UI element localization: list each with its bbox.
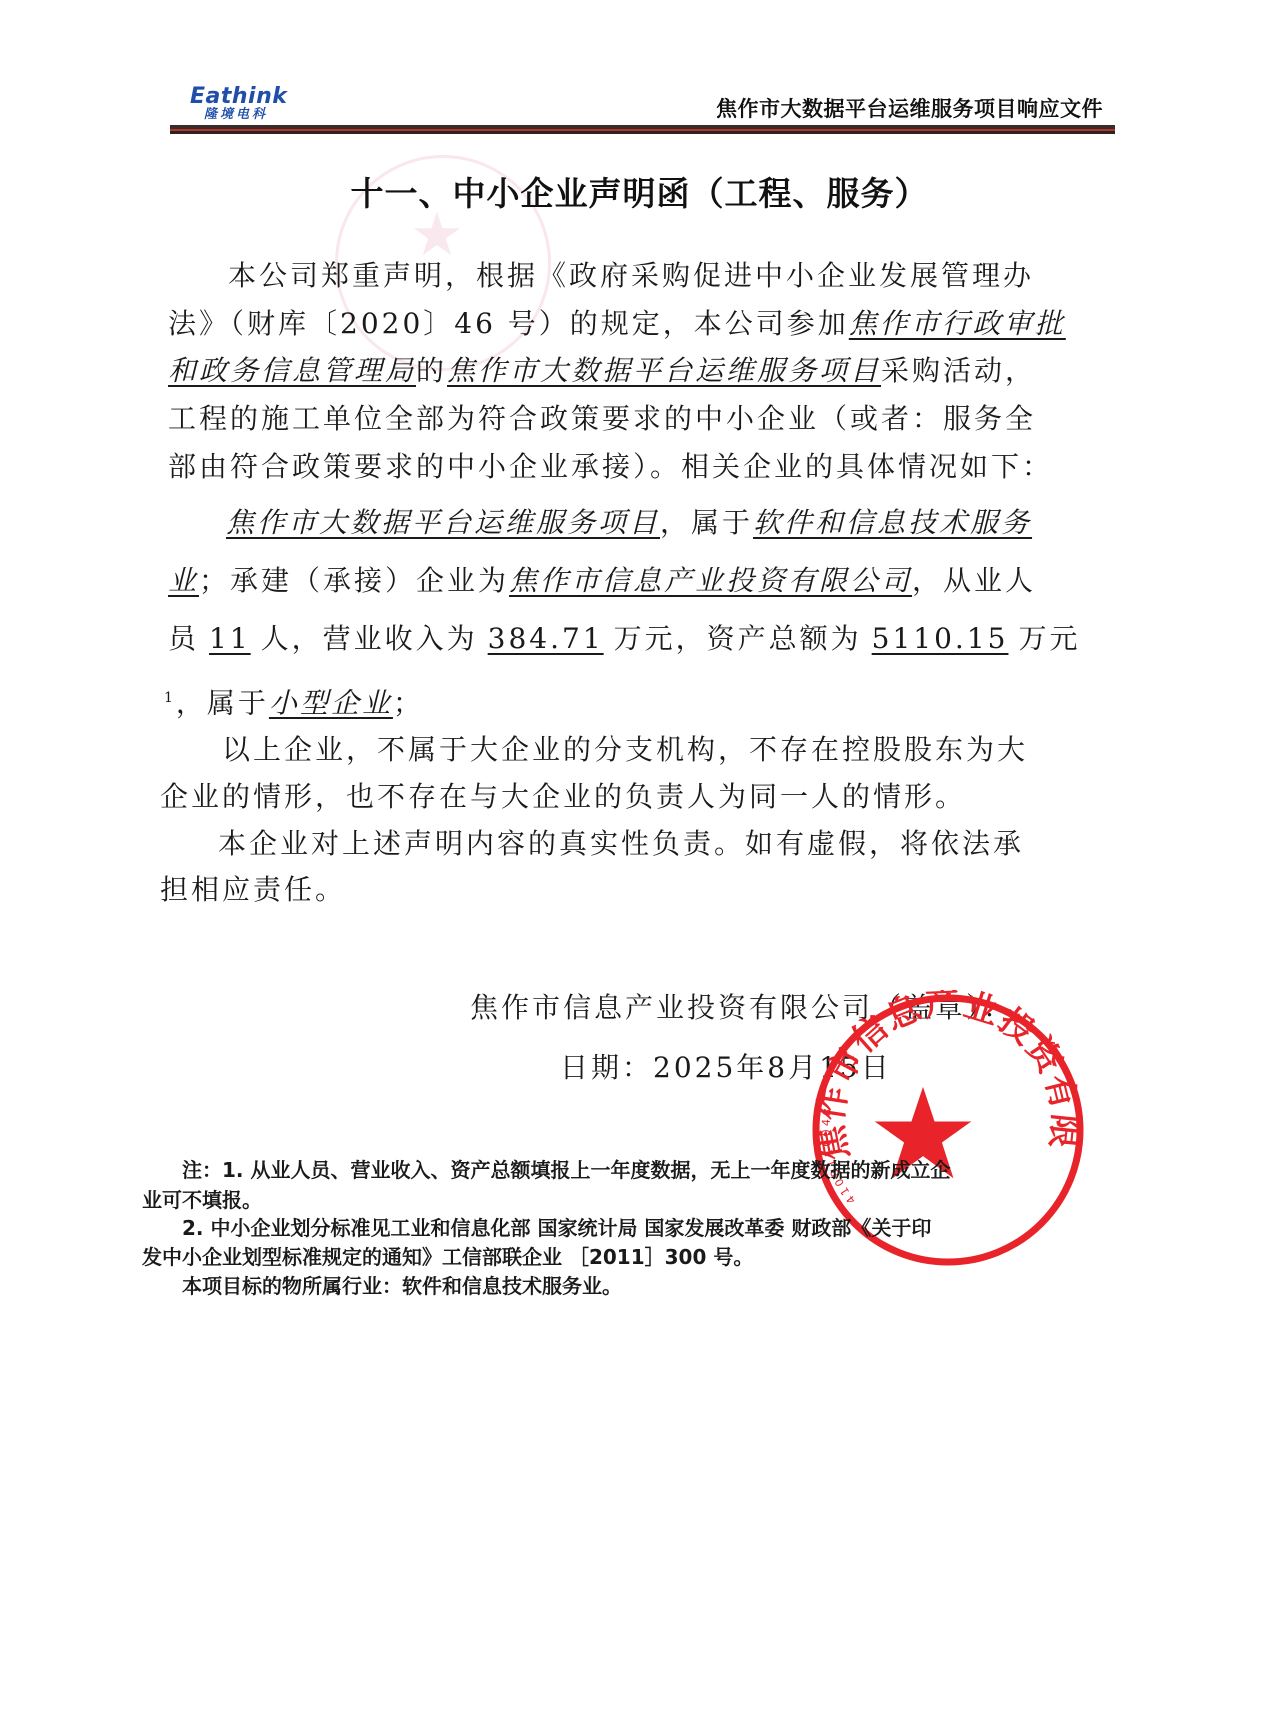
note1-line1: 注：1. 从业人员、营业收入、资产总额填报上一年度数据，无上一年度数据的新成立企 [182, 1157, 950, 1183]
text: 人，营业收入为 [261, 622, 478, 655]
note3: 本项目标的物所属行业：软件和信息技术服务业。 [182, 1273, 622, 1299]
paragraph1-line1: 本公司郑重声明，根据《政府采购促进中小企业发展管理办 [228, 258, 1034, 294]
logo-chinese: 隆境电科 [204, 108, 268, 122]
text: ，属于 [176, 686, 269, 719]
note2-line2: 发中小企业划型标准规定的通知》工信部联企业 ［2011］300 号。 [142, 1244, 753, 1270]
text: 法》（财库〔2020〕46 号）的规定，本公司参加 [168, 307, 849, 340]
contractor-company: 焦作市信息产业投资有限公司 [509, 564, 912, 597]
project-name: 焦作市大数据平台运维服务项目 [447, 354, 881, 387]
date-label: 日期： [560, 1051, 653, 1084]
text: ，从业人 [912, 564, 1036, 597]
text: ，属于 [660, 506, 753, 539]
enterprise-line3: 员11人，营业收入为384.71万元，资产总额为5110.15万元 [168, 621, 1080, 657]
logo-english: Eathink [190, 86, 287, 108]
revenue-value: 384.71 [478, 622, 614, 655]
paragraph3-line1: 本企业对上述声明内容的真实性负责。如有虚假，将依法承 [218, 826, 1024, 862]
company-logo: Eathink 隆境电科 [190, 86, 320, 130]
purchaser-name-part2: 和政务信息管理局 [168, 354, 416, 387]
text: 的 [416, 354, 447, 387]
industry-name: 软件和信息技术服务 [753, 506, 1032, 539]
paragraph1-line5: 部由符合政策要求的中小企业承接）。相关企业的具体情况如下： [168, 449, 1053, 485]
paragraph1-line3: 和政务信息管理局的焦作市大数据平台运维服务项目采购活动， [168, 353, 1036, 389]
header-title: 焦作市大数据平台运维服务项目响应文件 [716, 93, 1103, 123]
paragraph2-line2: 企业的情形，也不存在与大企业的负责人为同一人的情形。 [160, 779, 966, 815]
assets-value: 5110.15 [862, 622, 1019, 655]
footnote-mark: 1 [164, 690, 176, 706]
purchaser-name-part1: 焦作市行政审批 [849, 307, 1066, 340]
enterprise-size: 小型企业 [269, 686, 393, 719]
text: 采购活动， [881, 354, 1036, 387]
enterprise-line2: 业；承建（承接）企业为焦作市信息产业投资有限公司，从业人 [168, 563, 1036, 599]
text: ；承建（承接）企业为 [199, 564, 509, 597]
text: 员 [168, 622, 199, 655]
paragraph2-line1: 以上企业，不属于大企业的分支机构，不存在控股股东为大 [222, 732, 1028, 768]
header-rule-bottom [170, 131, 1115, 134]
enterprise-project-name: 焦作市大数据平台运维服务项目 [226, 506, 660, 539]
text: ； [393, 686, 424, 719]
note1-line2: 业可不填报。 [142, 1187, 262, 1213]
paragraph1-line4: 工程的施工单位全部为符合政策要求的中小企业（或者：服务全 [168, 401, 1036, 437]
note2-line1: 2. 中小企业划分标准见工业和信息化部 国家统计局 国家发展改革委 财政部《关于… [182, 1215, 931, 1241]
text: 万元，资产总额为 [614, 622, 862, 655]
industry-name-end: 业 [168, 564, 199, 597]
document-title: 十一、中小企业声明函（工程、服务） [0, 168, 1279, 215]
text: 万元 [1018, 622, 1080, 655]
enterprise-line4: 1，属于小型企业； [164, 680, 424, 721]
paragraph3-line2: 担相应责任。 [160, 872, 346, 908]
enterprise-line1: 焦作市大数据平台运维服务项目，属于软件和信息技术服务 [226, 505, 1032, 541]
document-page: Eathink 隆境电科 焦作市大数据平台运维服务项目响应文件 ★ 十一、中小企… [0, 0, 1279, 1724]
paragraph1-line2: 法》（财库〔2020〕46 号）的规定，本公司参加焦作市行政审批 [168, 306, 1066, 342]
employees-value: 11 [199, 622, 261, 655]
